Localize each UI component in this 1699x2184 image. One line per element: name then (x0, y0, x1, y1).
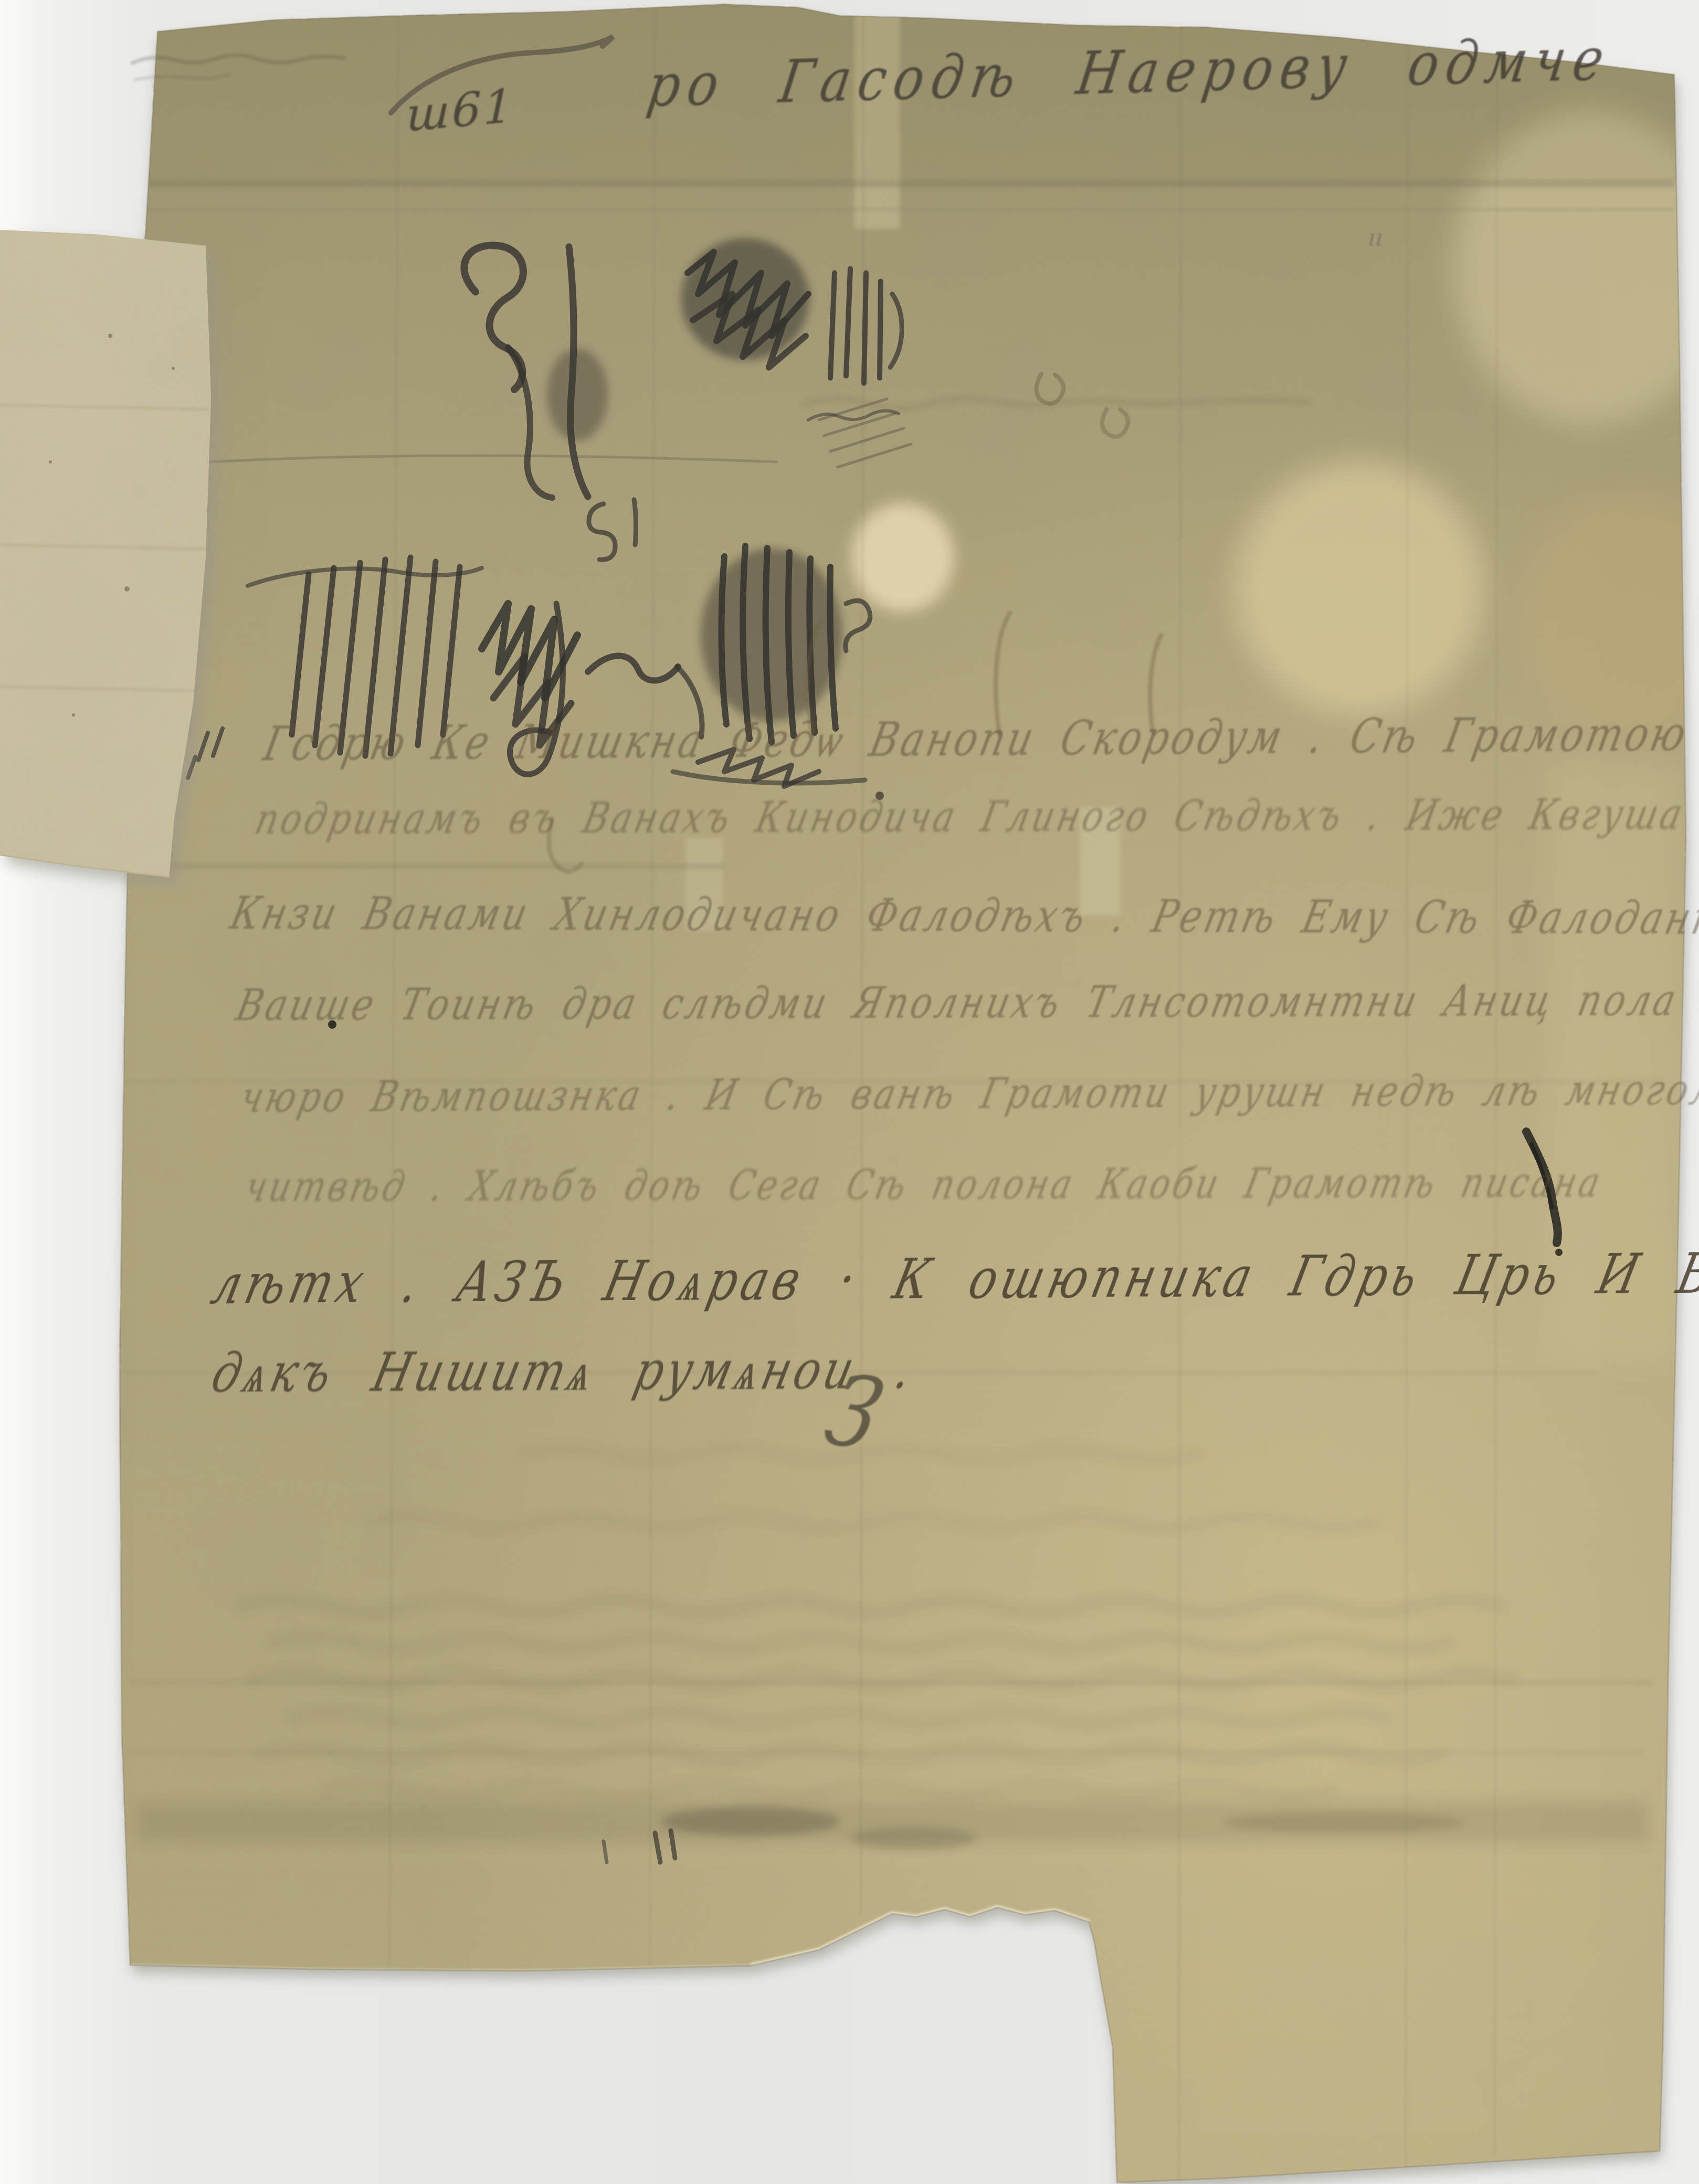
pale-right-band (1548, 761, 1685, 1365)
seam-left-mid (122, 864, 725, 869)
pale-spot-small (851, 503, 954, 612)
tape-strip-mid-right (1080, 807, 1120, 915)
manuscript-scan (0, 0, 1699, 2184)
tape-strip-mid-left (685, 838, 723, 930)
pale-spot-large (1234, 461, 1484, 715)
ink-fleck (328, 1020, 336, 1029)
scanner-bed: ро Гасодѣ Наерову одмче ш61 ıı Гсдрю Ке … (0, 0, 1699, 2184)
